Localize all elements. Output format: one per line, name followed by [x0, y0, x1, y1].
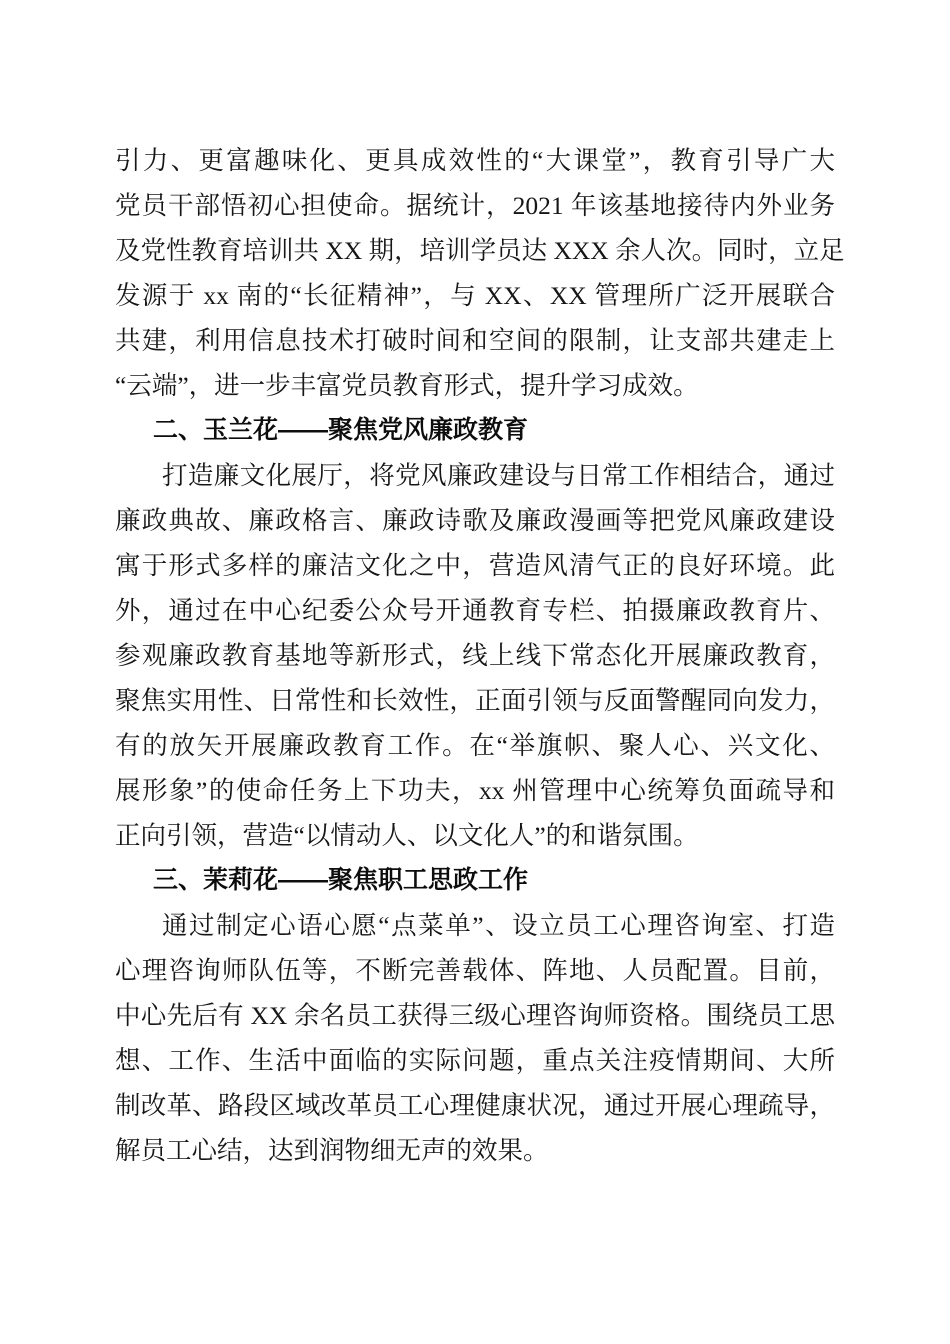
section-heading: 二、玉兰花——聚焦党风廉政教育 — [115, 408, 835, 453]
text-line: 打造廉文化展厅，将党风廉政建设与日常工作相结合，通过 — [115, 453, 835, 498]
text-line: “云端”，进一步丰富党员教育形式，提升学习成效。 — [115, 363, 835, 408]
text-line: 解员工心结，达到润物细无声的效果。 — [115, 1128, 835, 1173]
text-line: 制改革、路段区域改革员工心理健康状况，通过开展心理疏导， — [115, 1083, 835, 1128]
text-line: 寓于形式多样的廉洁文化之中，营造风清气正的良好环境。此 — [115, 543, 835, 588]
text-line: 共建，利用信息技术打破时间和空间的限制，让支部共建走上 — [115, 318, 835, 363]
document-text-body: 引力、更富趣味化、更具成效性的“大课堂”，教育引导广大党员干部悟初心担使命。据统… — [115, 138, 835, 1173]
text-line: 通过制定心语心愿“点菜单”、设立员工心理咨询室、打造 — [115, 903, 835, 948]
text-line: 有的放矢开展廉政教育工作。在“举旗帜、聚人心、兴文化、 — [115, 723, 835, 768]
text-line: 引力、更富趣味化、更具成效性的“大课堂”，教育引导广大 — [115, 138, 835, 183]
text-line: 展形象”的使命任务上下功夫，xx 州管理中心统筹负面疏导和 — [115, 768, 835, 813]
text-line: 正向引领，营造“以情动人、以文化人”的和谐氛围。 — [115, 813, 835, 858]
text-line: 中心先后有 XX 余名员工获得三级心理咨询师资格。围绕员工思 — [115, 993, 835, 1038]
text-line: 发源于 xx 南的“长征精神”，与 XX、XX 管理所广泛开展联合 — [115, 273, 835, 318]
document-page: 引力、更富趣味化、更具成效性的“大课堂”，教育引导广大党员干部悟初心担使命。据统… — [0, 0, 950, 1344]
text-line: 党员干部悟初心担使命。据统计，2021 年该基地接待内外业务 — [115, 183, 835, 228]
text-line: 聚焦实用性、日常性和长效性，正面引领与反面警醒同向发力， — [115, 678, 835, 723]
text-line: 外，通过在中心纪委公众号开通教育专栏、拍摄廉政教育片、 — [115, 588, 835, 633]
text-line: 廉政典故、廉政格言、廉政诗歌及廉政漫画等把党风廉政建设 — [115, 498, 835, 543]
text-line: 及党性教育培训共 XX 期，培训学员达 XXX 余人次。同时，立足 — [115, 228, 835, 273]
text-line: 心理咨询师队伍等，不断完善载体、阵地、人员配置。目前， — [115, 948, 835, 993]
text-line: 想、工作、生活中面临的实际问题，重点关注疫情期间、大所 — [115, 1038, 835, 1083]
text-line: 参观廉政教育基地等新形式，线上线下常态化开展廉政教育， — [115, 633, 835, 678]
section-heading: 三、茉莉花——聚焦职工思政工作 — [115, 858, 835, 903]
